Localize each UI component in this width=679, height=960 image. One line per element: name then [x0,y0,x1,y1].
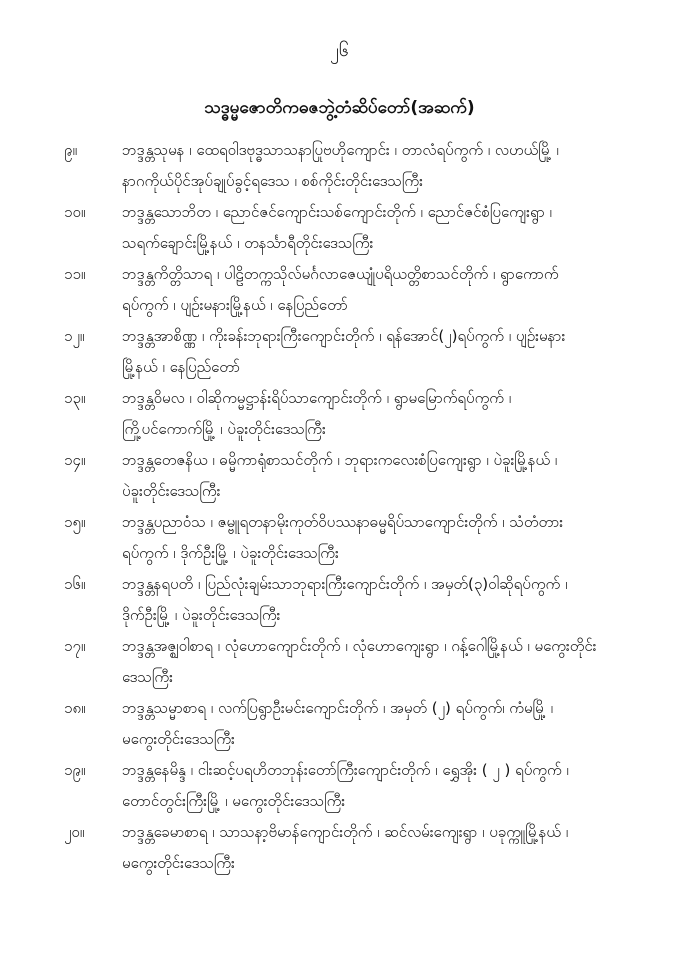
list-item: ၁၃။ ဘဒ္ဒန္တဝိမလ ၊ ဝါဆိုကမ္မဋ္ဌာန်းရိပ်သာ… [0,383,679,445]
entry-line: ပဲခူးတိုင်းဒေသကြီး [122,476,639,507]
entry-number: ၁၇။ [64,631,114,662]
list-item: ၁၅။ ဘဒ္ဒန္တပညာဝံသ ၊ ဇမ္ဗူရတနာမိုးကုတ်ဝိပ… [0,507,679,569]
entry-number: ၉။ [64,135,114,166]
entry-line: တောင်တွင်းကြီးမြို့ ၊ မကွေးတိုင်းဒေသကြီး [122,786,639,817]
entry-line: ဘဒ္ဒန္တသုမန ၊ ထေရဝါဒဗုဒ္ဓသာသနာပြုဗဟိုကျေ… [122,135,639,166]
entry-line: ဘဒ္ဒန္တဝိမလ ၊ ဝါဆိုကမ္မဋ္ဌာန်းရိပ်သာကျော… [122,383,639,414]
list-item: ၁၉။ ဘဒ္ဒန္တနေမိန္ဒ ၊ ငါးဆင့်ပရဟိတဘုန်းတေ… [0,755,679,817]
entry-line: ဘဒ္ဒန္တသမ္မာစာရ ၊ လက်ပြရွာဦးမင်းကျောင်းတ… [122,693,639,724]
entry-line: ဘဒ္ဒန္တသောဘိတ ၊ ညောင်ဇင်ကျောင်းသစ်ကျောင်… [122,197,639,228]
entry-line: မြို့နယ် ၊ နေပြည်တော် [122,352,639,383]
entry-number: ၁၃။ [64,383,114,414]
entry-line: ဘဒ္ဒန္တတေဇနိယ ၊ ဓမ္မိကာရုံစာသင်တိုက် ၊ ဘ… [122,445,639,476]
entry-line: မကွေးတိုင်းဒေသကြီး [122,724,639,755]
entry-line: ဘဒ္ဒန္တအာစိဏ္ဏ ၊ ကိုးခန်းဘုရားကြီးကျောင်… [122,321,639,352]
entry-number: ၁၁။ [64,259,114,290]
entry-number: ၁၀။ [64,197,114,228]
entry-line: ဘဒ္ဒန္တပညာဝံသ ၊ ဇမ္ဗူရတနာမိုးကုတ်ဝိပဿနာဓ… [122,507,639,538]
entry-number: ၁၄။ [64,445,114,476]
page-number: ၂၆ [0,38,679,65]
entry-line: ဘဒ္ဒန္တအဇ္ဈဝါစာရ ၊ လုံဟောကျောင်းတိုက် ၊ … [122,631,639,662]
entry-line: မကွေးတိုင်းဒေသကြီး [122,848,639,879]
entry-line: ရပ်ကွက် ၊ ပျဉ်းမနားမြို့နယ် ၊ နေပြည်တော် [122,290,639,321]
entry-number: ၁၆။ [64,569,114,600]
entry-line: ဘဒ္ဒန္တနေမိန္ဒ ၊ ငါးဆင့်ပရဟိတဘုန်းတော်ကြ… [122,755,639,786]
entry-list: ၉။ ဘဒ္ဒန္တသုမန ၊ ထေရဝါဒဗုဒ္ဓသာသနာပြုဗဟို… [0,135,679,879]
entry-number: ၂၀။ [64,817,114,848]
entry-line: နာဂကိုယ်ပိုင်အုပ်ချုပ်ခွင့်ရဒေသ ၊ စစ်ကို… [122,166,639,197]
entry-line: ဘဒ္ဒန္တနရပတိ ၊ ပြည်လုံးချမ်းသာဘုရားကြီးက… [122,569,639,600]
entry-number: ၁၅။ [64,507,114,538]
entry-line: ဒေသကြီး [122,662,639,693]
list-item: ၁၄။ ဘဒ္ဒန္တတေဇနိယ ၊ ဓမ္မိကာရုံစာသင်တိုက်… [0,445,679,507]
list-item: ၁၆။ ဘဒ္ဒန္တနရပတိ ၊ ပြည်လုံးချမ်းသာဘုရားက… [0,569,679,631]
page-title: သဒ္ဓမ္မဇောတိကဓဇဘွဲ့တံဆိပ်တော်(အဆက်) [0,97,679,122]
entry-number: ၁၉။ [64,755,114,786]
list-item: ၁၈။ ဘဒ္ဒန္တသမ္မာစာရ ၊ လက်ပြရွာဦးမင်းကျော… [0,693,679,755]
entry-line: ဒိုက်ဦးမြို့ ၊ ပဲခူးတိုင်းဒေသကြီး [122,600,639,631]
list-item: ၁၀။ ဘဒ္ဒန္တသောဘိတ ၊ ညောင်ဇင်ကျောင်းသစ်ကျ… [0,197,679,259]
list-item: ၉။ ဘဒ္ဒန္တသုမန ၊ ထေရဝါဒဗုဒ္ဓသာသနာပြုဗဟို… [0,135,679,197]
list-item: ၁၂။ ဘဒ္ဒန္တအာစိဏ္ဏ ၊ ကိုးခန်းဘုရားကြီးကျ… [0,321,679,383]
entry-number: ၁၂။ [64,321,114,352]
entry-line: ဘဒ္ဒန္တခေမာစာရ ၊ သာသနာ့ဗိမာန်ကျောင်းတိုက… [122,817,639,848]
entry-number: ၁၈။ [64,693,114,724]
entry-line: သရက်ချောင်းမြို့နယ် ၊ တနင်္သာရီတိုင်းဒေသ… [122,228,639,259]
entry-line: ရပ်ကွက် ၊ ဒိုက်ဦးမြို့ ၊ ပဲခူးတိုင်းဒေသက… [122,538,639,569]
list-item: ၁၇။ ဘဒ္ဒန္တအဇ္ဈဝါစာရ ၊ လုံဟောကျောင်းတိုက… [0,631,679,693]
list-item: ၁၁။ ဘဒ္ဒန္တကိတ္တိသာရ ၊ ပါဠိတက္ကသိုလ်မင်္… [0,259,679,321]
list-item: ၂၀။ ဘဒ္ဒန္တခေမာစာရ ၊ သာသနာ့ဗိမာန်ကျောင်း… [0,817,679,879]
entry-line: ဘဒ္ဒန္တကိတ္တိသာရ ၊ ပါဠိတက္ကသိုလ်မင်္ဂလာဇ… [122,259,639,290]
entry-line: ကြို့ပင်ကောက်မြို့ ၊ ပဲခူးတိုင်းဒေသကြီး [122,414,639,445]
